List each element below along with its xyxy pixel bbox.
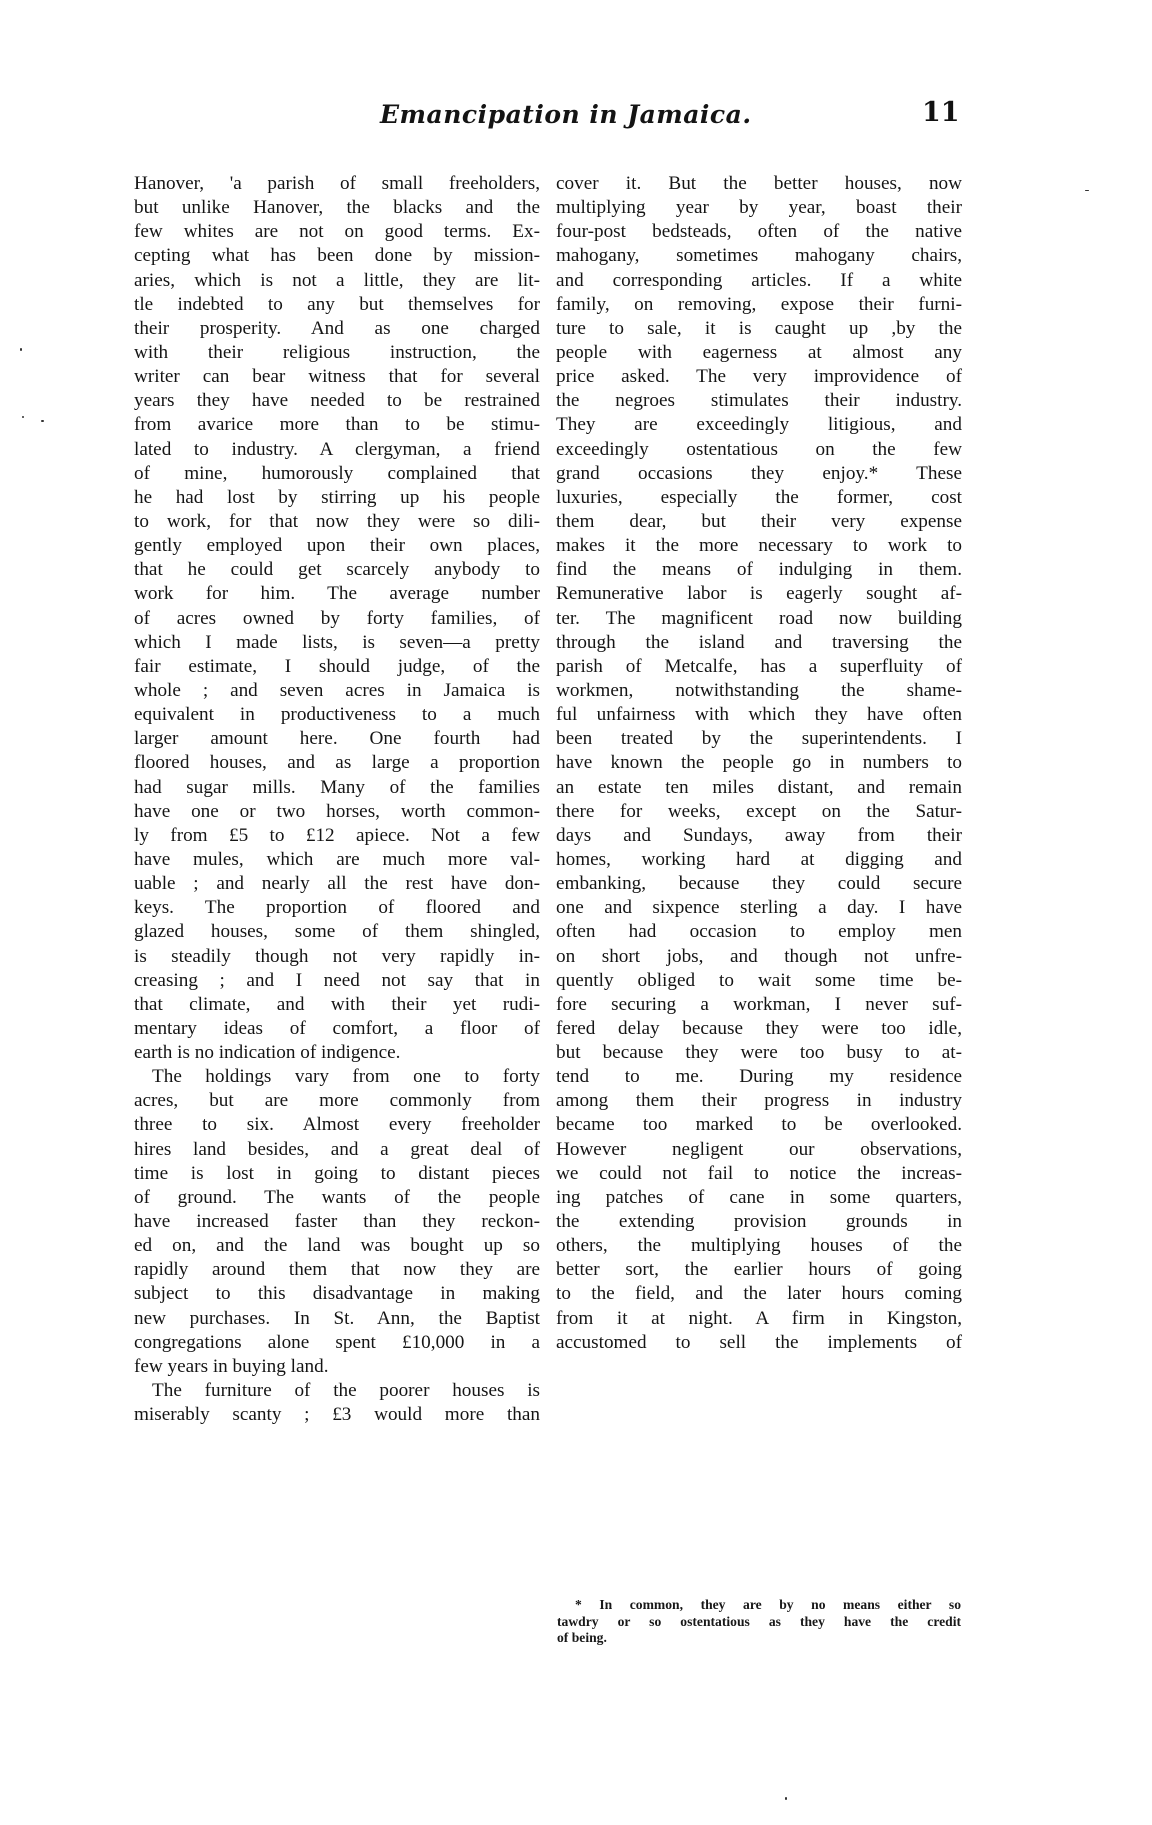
left-column: Hanover, 'a parish of small freeholders,… — [134, 172, 540, 1427]
scan-speck — [785, 1797, 787, 1800]
text-line: However negligent our observations, — [556, 1138, 962, 1162]
text-line: ful unfairness with which they have ofte… — [556, 703, 962, 727]
text-line: mahogany, sometimes mahogany chairs, — [556, 244, 962, 268]
text-line: whole ; and seven acres in Jamaica is — [134, 679, 540, 703]
text-line: to the field, and the later hours coming — [556, 1282, 962, 1306]
text-line: They are exceedingly litigious, and — [556, 413, 962, 437]
text-line: floored houses, and as large a proportio… — [134, 751, 540, 775]
footnote-line: tawdry or so ostentatious as they have t… — [557, 1614, 961, 1631]
text-line: glazed houses, some of them shingled, — [134, 920, 540, 944]
text-line: Hanover, 'a parish of small freeholders, — [134, 172, 540, 196]
text-line: had sugar mills. Many of the families — [134, 776, 540, 800]
footnote-line: * In common, they are by no means either… — [557, 1597, 961, 1614]
text-line: parish of Metcalfe, has a superfluity of — [556, 655, 962, 679]
text-line: quently obliged to wait some time be- — [556, 969, 962, 993]
text-line: keys. The proportion of floored and — [134, 896, 540, 920]
text-line: have increased faster than they reckon- — [134, 1210, 540, 1234]
footnote-line: of being. — [557, 1630, 961, 1647]
text-line: but because they were too busy to at- — [556, 1041, 962, 1065]
text-line: time is lost in going to distant pieces — [134, 1162, 540, 1186]
text-line: but unlike Hanover, the blacks and the — [134, 196, 540, 220]
text-line: which I made lists, is seven—a pretty — [134, 631, 540, 655]
text-line: rapidly around them that now they are — [134, 1258, 540, 1282]
text-line: three to six. Almost every freeholder — [134, 1113, 540, 1137]
text-line: family, on removing, expose their furni- — [556, 293, 962, 317]
text-line: that he could get scarcely anybody to — [134, 558, 540, 582]
text-line: miserably scanty ; £3 would more than — [134, 1403, 540, 1427]
text-line: fore securing a workman, I never suf- — [556, 993, 962, 1017]
text-line: with their religious instruction, the — [134, 341, 540, 365]
text-line: exceedingly ostentatious on the few — [556, 438, 962, 462]
text-line: find the means of indulging in them. — [556, 558, 962, 582]
text-line: others, the multiplying houses of the — [556, 1234, 962, 1258]
text-line: uable ; and nearly all the rest have don… — [134, 872, 540, 896]
text-line: gently employed upon their own places, — [134, 534, 540, 558]
text-line: tle indebted to any but themselves for — [134, 293, 540, 317]
text-line: them dear, but their very expense — [556, 510, 962, 534]
text-line: multiplying year by year, boast their — [556, 196, 962, 220]
text-line: new purchases. In St. Ann, the Baptist — [134, 1307, 540, 1331]
text-line: price asked. The very improvidence of — [556, 365, 962, 389]
text-line: cover it. But the better houses, now — [556, 172, 962, 196]
text-line: through the island and traversing the — [556, 631, 962, 655]
text-line: from avarice more than to be stimu- — [134, 413, 540, 437]
text-line: often had occasion to employ men — [556, 920, 962, 944]
scan-speck — [41, 420, 44, 422]
paragraph-start-line: The holdings vary from one to forty — [134, 1065, 540, 1089]
footnote-reference-line: grand occasions they enjoy.* These — [556, 462, 962, 486]
text-line: fered delay because they were too idle, — [556, 1017, 962, 1041]
text-line: four-post bedsteads, often of the native — [556, 220, 962, 244]
text-line: Remunerative labor is eagerly sought af- — [556, 582, 962, 606]
text-line: workmen, notwithstanding the shame- — [556, 679, 962, 703]
text-line: ture to sale, it is caught up ,by the — [556, 317, 962, 341]
text-line: cepting what has been done by mission- — [134, 244, 540, 268]
text-line: congregations alone spent £10,000 in a — [134, 1331, 540, 1355]
text-line: days and Sundays, away from their — [556, 824, 962, 848]
text-line: among them their progress in industry — [556, 1089, 962, 1113]
paragraph-end-line: few years in buying land. — [134, 1355, 540, 1379]
text-line: of ground. The wants of the people — [134, 1186, 540, 1210]
text-line: became too marked to be overlooked. — [556, 1113, 962, 1137]
text-line: the negroes stimulates their industry. — [556, 389, 962, 413]
text-line: work for him. The average number — [134, 582, 540, 606]
text-line: that climate, and with their yet rudi- — [134, 993, 540, 1017]
text-line: aries, which is not a little, they are l… — [134, 269, 540, 293]
text-line: lated to industry. A clergyman, a friend — [134, 438, 540, 462]
text-line: tend to me. During my residence — [556, 1065, 962, 1089]
text-line: from it at night. A firm in Kingston, — [556, 1307, 962, 1331]
text-line: fair estimate, I should judge, of the — [134, 655, 540, 679]
text-line: acres, but are more commonly from — [134, 1089, 540, 1113]
text-line: to work, for that now they were so dili- — [134, 510, 540, 534]
scan-speck — [22, 416, 24, 418]
text-line: we could not fail to notice the increas- — [556, 1162, 962, 1186]
book-page: Emancipation in Jamaica. 11 Hanover, 'a … — [0, 0, 1152, 1825]
text-line: makes it the more necessary to work to — [556, 534, 962, 558]
text-line: an estate ten miles distant, and remain — [556, 776, 962, 800]
text-line: few whites are not on good terms. Ex- — [134, 220, 540, 244]
text-line: homes, working hard at digging and — [556, 848, 962, 872]
text-line: have known the people go in numbers to — [556, 751, 962, 775]
text-line: on short jobs, and though not unfre- — [556, 945, 962, 969]
text-line: better sort, the earlier hours of going — [556, 1258, 962, 1282]
text-line: of mine, humorously complained that — [134, 462, 540, 486]
text-line: accustomed to sell the implements of — [556, 1331, 962, 1355]
right-column: cover it. But the better houses, now mul… — [556, 172, 962, 1355]
text-line: years they have needed to be restrained — [134, 389, 540, 413]
text-line: larger amount here. One fourth had — [134, 727, 540, 751]
text-line: mentary ideas of comfort, a floor of — [134, 1017, 540, 1041]
paragraph-end-line: earth is no indication of indigence. — [134, 1041, 540, 1065]
text-line: ly from £5 to £12 apiece. Not a few — [134, 824, 540, 848]
scan-speck — [20, 348, 22, 351]
text-line: their prosperity. And as one charged — [134, 317, 540, 341]
text-line: subject to this disadvantage in making — [134, 1282, 540, 1306]
text-line: been treated by the superintendents. I — [556, 727, 962, 751]
text-line: ing patches of cane in some quarters, — [556, 1186, 962, 1210]
text-line: creasing ; and I need not say that in — [134, 969, 540, 993]
footnote: * In common, they are by no means either… — [557, 1597, 961, 1647]
text-line: people with eagerness at almost any — [556, 341, 962, 365]
text-line: equivalent in productiveness to a much — [134, 703, 540, 727]
text-line: he had lost by stirring up his people — [134, 486, 540, 510]
page-number: 11 — [922, 97, 960, 128]
text-line: have mules, which are much more val- — [134, 848, 540, 872]
paragraph-start-line: The furniture of the poorer houses is — [134, 1379, 540, 1403]
running-title: Emancipation in Jamaica. — [380, 100, 860, 129]
text-line: hires land besides, and a great deal of — [134, 1138, 540, 1162]
text-line: ed on, and the land was bought up so — [134, 1234, 540, 1258]
text-line: is steadily though not very rapidly in- — [134, 945, 540, 969]
text-line: there for weeks, except on the Satur- — [556, 800, 962, 824]
text-line: the extending provision grounds in — [556, 1210, 962, 1234]
text-line: writer can bear witness that for several — [134, 365, 540, 389]
text-line: embanking, because they could secure — [556, 872, 962, 896]
text-line: luxuries, especially the former, cost — [556, 486, 962, 510]
text-line: one and sixpence sterling a day. I have — [556, 896, 962, 920]
text-line: of acres owned by forty families, of — [134, 607, 540, 631]
text-line: ter. The magnificent road now building — [556, 607, 962, 631]
text-line: have one or two horses, worth common- — [134, 800, 540, 824]
text-line: and corresponding articles. If a white — [556, 269, 962, 293]
scan-speck — [1085, 190, 1089, 191]
